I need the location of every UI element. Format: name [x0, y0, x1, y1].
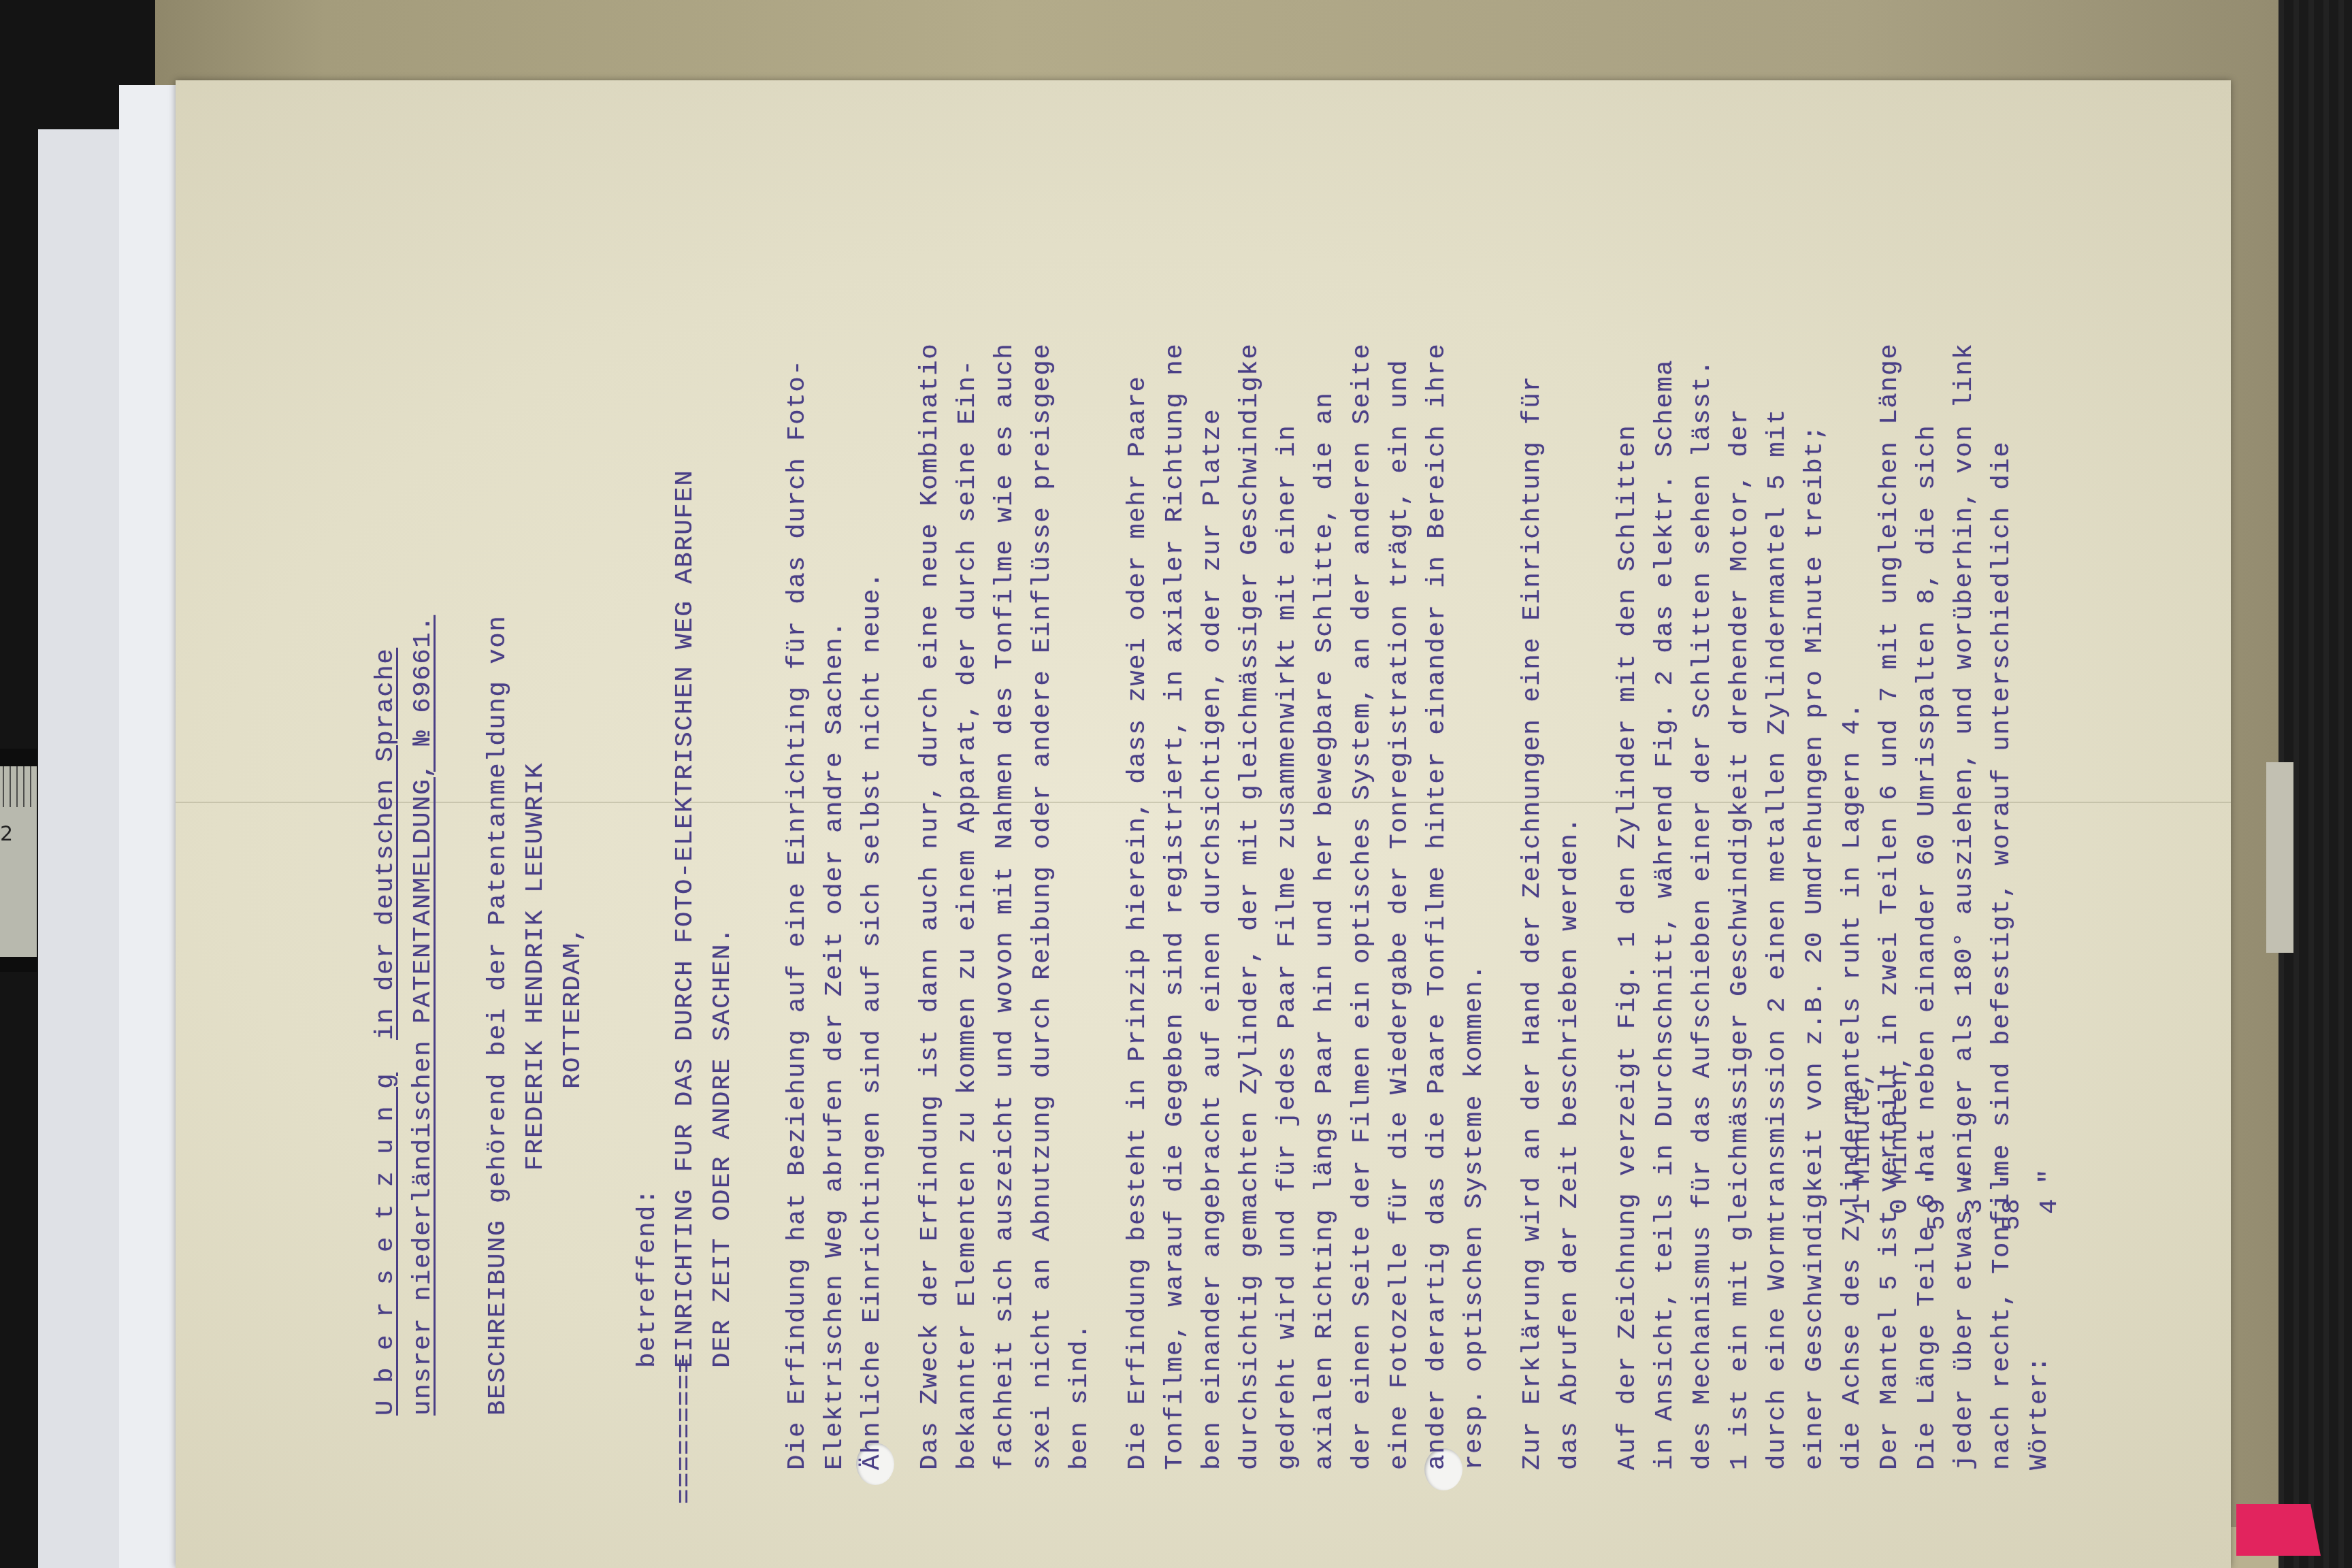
paragraph-line: Zur Erklärung wird an der Hand der Zeich…	[1514, 95, 1552, 1470]
paragraph-1: Die Erfindung hat Beziehung auf eine Ein…	[779, 95, 854, 1470]
subject-label: betreffend:	[630, 95, 667, 1470]
time-list-item: 0Minuten,	[1882, 1048, 1919, 1259]
subject-title-line: DER ZEIT ODER ANDRE SACHEN.	[704, 95, 742, 1470]
time-list-item: 58"	[1994, 1048, 2031, 1259]
heading-spaced-word: U b e r s e t z u n g	[372, 1073, 400, 1416]
paragraph-line: sxei nicht an Abnutzung durch Reibung od…	[1024, 95, 1062, 1470]
typewritten-text: ========= U b e r s e t z u n g in der d…	[367, 95, 2059, 1470]
paragraph-2: Ähnliche Einrichtingen sind auf sich sel…	[854, 95, 892, 1470]
document-heading: U b e r s e t z u n g in der deutschen S…	[367, 95, 442, 1470]
paragraph-line: ben sind.	[1062, 95, 1099, 1470]
time-list-block: 1Minute, 0Minuten, 59" 3" 58" 4"	[1837, 1048, 2069, 1320]
paragraph-line: Die Erfindung hat Beziehung auf eine Ein…	[779, 95, 817, 1470]
paragraph-line: des Mechanismus für das Aufschieben eine…	[1684, 95, 1722, 1470]
paragraph-line: durchsichtig gemachten Zylinder, der mit…	[1232, 95, 1269, 1470]
heading-line1-rest: in der deutschen Sprache	[372, 648, 400, 1040]
paragraph-line: 1 ist ein mit gleichmässiger Geschwindig…	[1722, 95, 1759, 1470]
paragraph-line: ben einander angebracht auf einen durchs…	[1194, 95, 1232, 1470]
pink-marker-tab	[2236, 1504, 2321, 1556]
subject-title-line: EINRICHTING FUR DAS DURCH FOTO-ELEKTRISC…	[667, 95, 704, 1470]
time-list-item: 59"	[1919, 1048, 1957, 1259]
paragraph-line: einer Geschwindigkeit von z.B. 20 Umdreh…	[1797, 95, 1834, 1470]
subject-block: betreffend: EINRICHTING FUR DAS DURCH FO…	[630, 95, 742, 1470]
applicant-intro: BESCHREIBUNG gehörend bei der Patentanme…	[480, 95, 517, 1470]
ruler-right-edge	[2266, 762, 2293, 953]
paragraph-line: Ähnliche Einrichtingen sind auf sich sel…	[854, 95, 892, 1470]
paragraph-line: Auf der Zeichnung verzeigt Fig. 1 den Zy…	[1610, 95, 1647, 1470]
paragraph-line: fachheit sich auszeicht und wovon mit Na…	[987, 95, 1024, 1470]
paragraph-line: gedreht wird und für jedes Paar Filme zu…	[1269, 95, 1307, 1470]
paragraph-line: eine Fotozelle für die Wiedergabe der To…	[1382, 95, 1419, 1470]
ruler-number: 2	[0, 822, 13, 846]
paragraph-line: ander derartig das die Paare Tonfilme hi…	[1419, 95, 1456, 1470]
paragraph-line: Die Erfindung besteht in Prinzip hierein…	[1120, 95, 1157, 1470]
time-list-item: 3"	[1957, 1048, 1994, 1259]
paragraph-line: der einen Seite der Filmen ein optisches…	[1344, 95, 1382, 1470]
paragraph-5: Zur Erklärung wird an der Hand der Zeich…	[1514, 95, 1589, 1470]
paragraph-line: bekannter Elementen zu kommen zu einem A…	[949, 95, 987, 1470]
paragraph-3: Das Zweck der Erfindung ist dann auch nu…	[912, 95, 1099, 1470]
applicant-block: BESCHREIBUNG gehörend bei der Patentanme…	[480, 95, 592, 1470]
time-list-item: 1Minute,	[1844, 1048, 1882, 1259]
applicant-city: ROTTERDAM,	[555, 95, 592, 1470]
paragraph-line: resp. optischen Systeme kommen.	[1456, 95, 1494, 1470]
paragraph-line: Tonfilme, warauf die Gegeben sind regist…	[1157, 95, 1194, 1470]
time-list-item: 4"	[2031, 1048, 2069, 1259]
paragraph-line: das Abrufen der Zeit beschrieben werden.	[1552, 95, 1589, 1470]
backing-sheet-front	[119, 85, 180, 1568]
heading-line2: unsrer niederländischen PATENTANMELDUNG,…	[409, 615, 438, 1416]
heading-separator: =========	[667, 1357, 704, 1504]
paragraph-line: in Ansicht, teils in Durchschnitt, währe…	[1647, 95, 1684, 1470]
applicant-name: FREDERIK HENDRIK LEEUWRIK	[517, 95, 555, 1470]
paragraph-4: Die Erfindung besteht in Prinzip hierein…	[1120, 95, 1494, 1470]
backing-sheet	[38, 129, 127, 1568]
measurement-ruler: 2	[0, 749, 37, 972]
paragraph-line: axialen Richting längs Paar hin und her …	[1307, 95, 1344, 1470]
time-list: 1Minute, 0Minuten, 59" 3" 58" 4"	[1844, 1048, 2069, 1320]
paragraph-line: durch eine Wormtransmission 2 einen meta…	[1759, 95, 1797, 1470]
paragraph-line: Das Zweck der Erfindung ist dann auch nu…	[912, 95, 949, 1470]
paragraph-line: Elektrischen Weg abrufen der Zeit oder a…	[817, 95, 854, 1470]
ruler-ticks	[3, 766, 34, 807]
